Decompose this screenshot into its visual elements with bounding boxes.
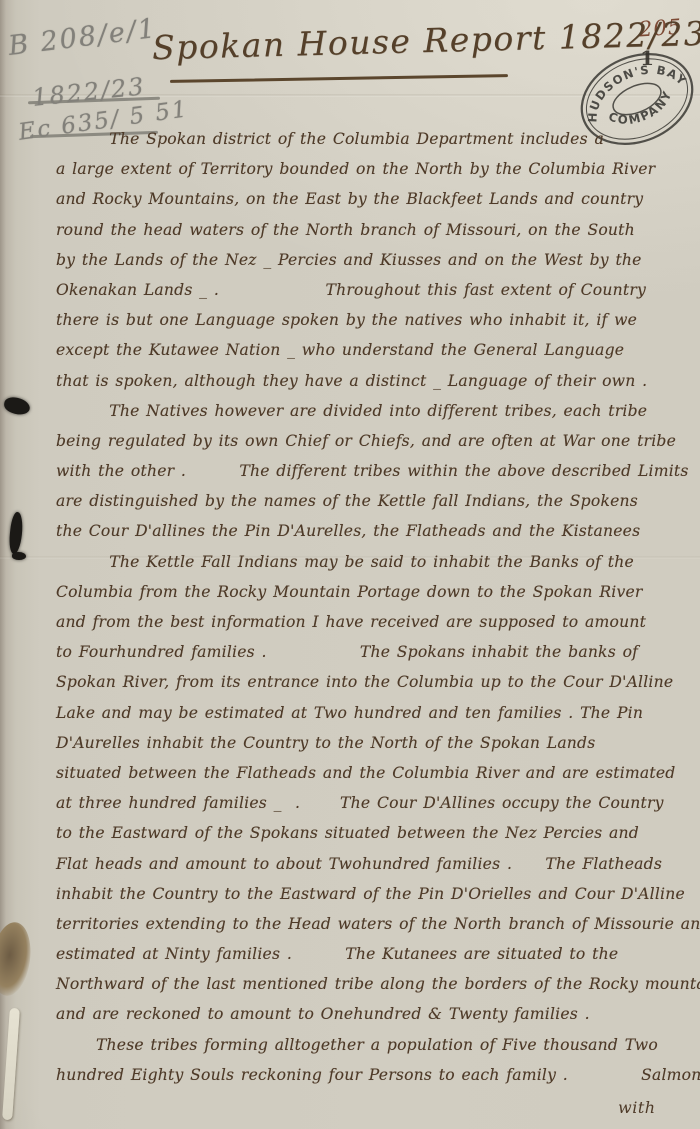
binding-stitch <box>12 552 26 560</box>
manuscript-line: Columbia from the Rocky Mountain Portage… <box>56 583 692 613</box>
manuscript-line: The Kettle Fall Indians may be said to i… <box>56 553 692 583</box>
manuscript-lines: The Spokan district of the Columbia Depa… <box>56 130 692 1096</box>
damage-spot <box>0 920 35 999</box>
manuscript-page: 205 1 B 208/e/1 1822/23 Ec 635/ 5 51 Spo… <box>0 0 700 1129</box>
manuscript-line: hundred Eighty Souls reckoning four Pers… <box>56 1066 692 1096</box>
title-underline <box>170 74 508 83</box>
binding-stitch <box>3 395 32 416</box>
manuscript-line: by the Lands of the Nez _ Percies and Ki… <box>56 251 692 281</box>
manuscript-line: being regulated by its own Chief or Chie… <box>56 432 692 462</box>
manuscript-line: there is but one Language spoken by the … <box>56 311 692 341</box>
binding-stitch <box>8 511 24 554</box>
manuscript-line: Lake and may be estimated at Two hundred… <box>56 704 692 734</box>
manuscript-line: inhabit the Country to the Eastward of t… <box>56 885 692 915</box>
manuscript-line: Spokan River, from its entrance into the… <box>56 673 692 703</box>
manuscript-line: the Cour D'allines the Pin D'Aurelles, t… <box>56 522 692 552</box>
paper-tear <box>2 1008 20 1120</box>
catchword: with <box>618 1098 656 1117</box>
manuscript-line: with the other . The different tribes wi… <box>56 462 692 492</box>
manuscript-line: Okenakan Lands _ . Throughout this fast … <box>56 281 692 311</box>
manuscript-line: except the Kutawee Nation _ who understa… <box>56 341 692 371</box>
manuscript-line: and from the best information I have rec… <box>56 613 692 643</box>
manuscript-line: that is spoken, although they have a dis… <box>56 372 692 402</box>
manuscript-line: and are reckoned to amount to Onehundred… <box>56 1005 692 1035</box>
manuscript-line: D'Aurelles inhabit the Country to the No… <box>56 734 692 764</box>
manuscript-line: Flat heads and amount to about Twohundre… <box>56 855 692 885</box>
manuscript-line: at three hundred families _ . The Cour D… <box>56 794 692 824</box>
manuscript-line: a large extent of Territory bounded on t… <box>56 160 692 190</box>
manuscript-line: estimated at Ninty families . The Kutane… <box>56 945 692 975</box>
manuscript-line: The Natives however are divided into dif… <box>56 402 692 432</box>
archival-ref: B 208/e/1 <box>7 13 159 62</box>
manuscript-line: to Fourhundred families . The Spokans in… <box>56 643 692 673</box>
manuscript-line: are distinguished by the names of the Ke… <box>56 492 692 522</box>
manuscript-line: and Rocky Mountains, on the East by the … <box>56 190 692 220</box>
manuscript-line: Northward of the last mentioned tribe al… <box>56 975 692 1005</box>
manuscript-line: to the Eastward of the Spokans situated … <box>56 824 692 854</box>
manuscript-line: These tribes forming alltogether a popul… <box>56 1036 692 1066</box>
manuscript-line: The Spokan district of the Columbia Depa… <box>56 130 692 160</box>
manuscript-line: round the head waters of the North branc… <box>56 221 692 251</box>
manuscript-line: situated between the Flatheads and the C… <box>56 764 692 794</box>
manuscript-line: territories extending to the Head waters… <box>56 915 692 945</box>
document-title: Spokan House Report 1822/23 <box>152 16 633 68</box>
